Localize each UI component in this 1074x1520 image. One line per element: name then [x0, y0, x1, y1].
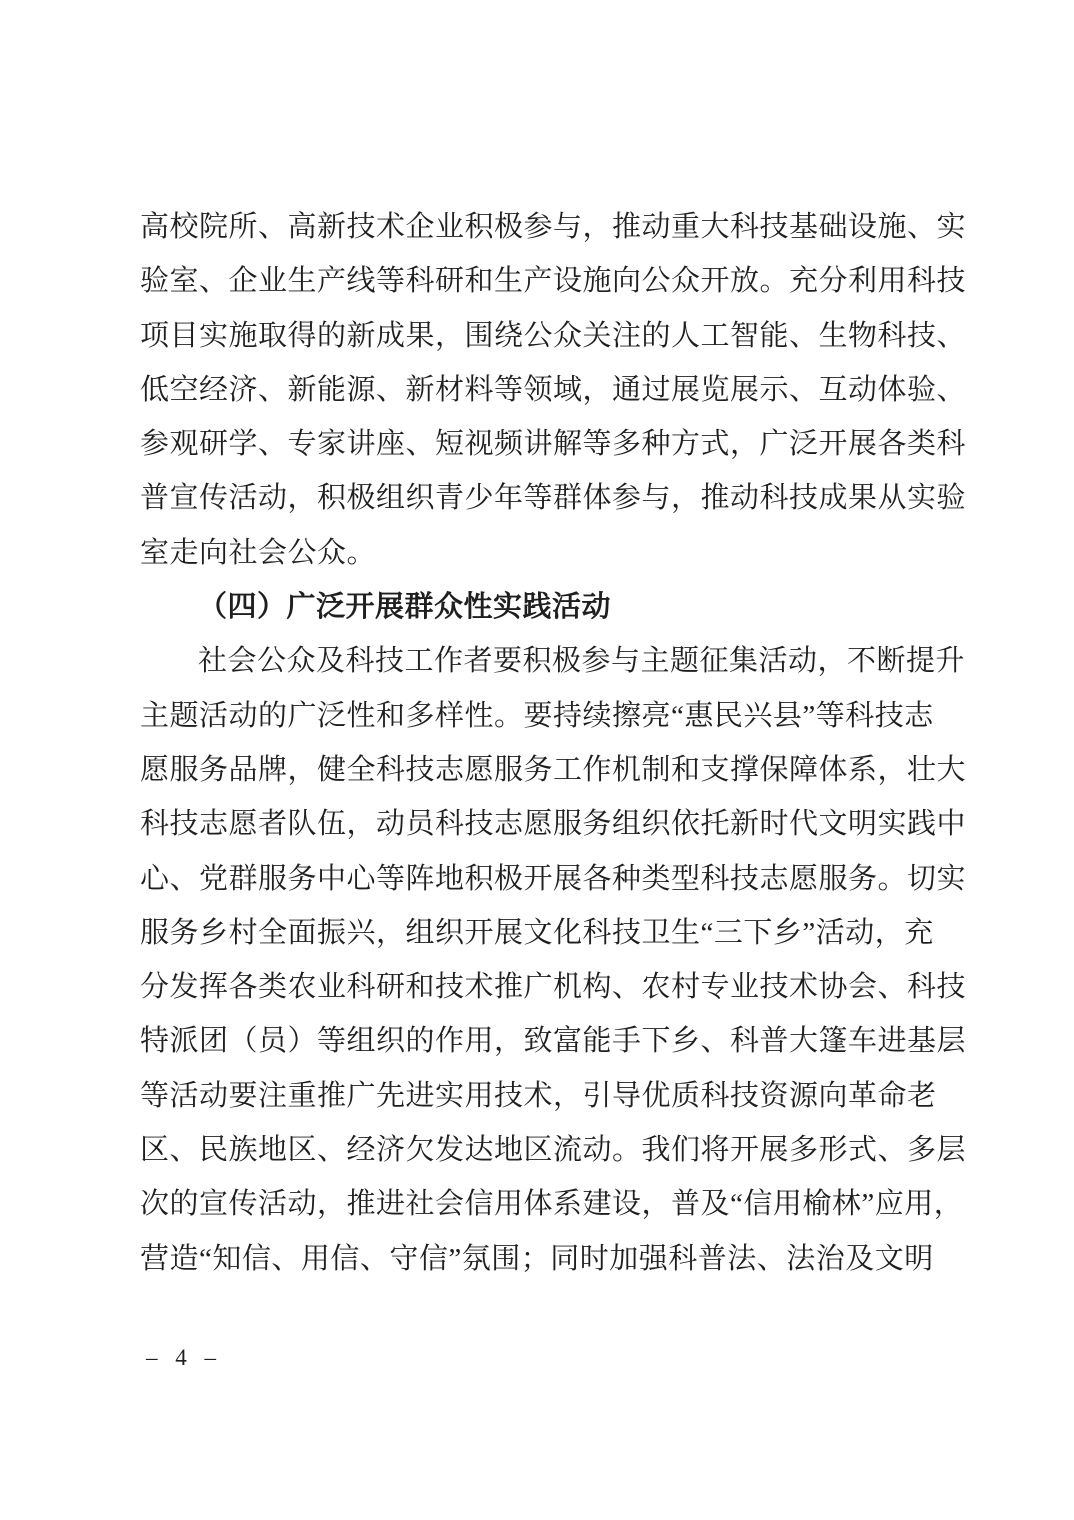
text-line: 特派团（员）等组织的作用，致富能手下乡、科普大篷车进基层 — [140, 1014, 950, 1068]
text-line: 心、党群服务中心等阵地积极开展各种类型科技志愿服务。切实 — [140, 852, 950, 906]
text-line: 低空经济、新能源、新材料等领域，通过展览展示、互动体验、 — [140, 363, 950, 417]
text-line: 参观研学、专家讲座、短视频讲解等多种方式，广泛开展各类科 — [140, 417, 950, 471]
text-line: 高校院所、高新技术企业积极参与，推动重大科技基础设施、实 — [140, 200, 950, 254]
text-line: 服务乡村全面振兴，组织开展文化科技卫生“三下乡”活动，充 — [140, 906, 950, 960]
section-heading: （四）广泛开展群众性实践活动 — [140, 580, 950, 634]
text-line: 项目实施取得的新成果，围绕公众关注的人工智能、生物科技、 — [140, 309, 950, 363]
text-line: 区、民族地区、经济欠发达地区流动。我们将开展多形式、多层 — [140, 1123, 950, 1177]
text-line: 愿服务品牌，健全科技志愿服务工作机制和支撑保障体系，壮大 — [140, 743, 950, 797]
document-body: 高校院所、高新技术企业积极参与，推动重大科技基础设施、实 验室、企业生产线等科研… — [140, 200, 950, 1286]
text-line: 验室、企业生产线等科研和生产设施向公众开放。充分利用科技 — [140, 254, 950, 308]
text-line: 营造“知信、用信、守信”氛围；同时加强科普法、法治及文明 — [140, 1232, 950, 1286]
text-line: 科技志愿者队伍，动员科技志愿服务组织依托新时代文明实践中 — [140, 797, 950, 851]
text-line: 社会公众及科技工作者要积极参与主题征集活动，不断提升 — [140, 634, 950, 688]
text-line: 主题活动的广泛性和多样性。要持续擦亮“惠民兴县”等科技志 — [140, 689, 950, 743]
document-page: 高校院所、高新技术企业积极参与，推动重大科技基础设施、实 验室、企业生产线等科研… — [0, 0, 1074, 1520]
text-line: 等活动要注重推广先进实用技术，引导优质科技资源向革命老 — [140, 1069, 950, 1123]
text-line: 次的宣传活动，推进社会信用体系建设，普及“信用榆林”应用， — [140, 1177, 950, 1231]
text-line: 分发挥各类农业科研和技术推广机构、农村专业技术协会、科技 — [140, 960, 950, 1014]
text-line: 室走向社会公众。 — [140, 526, 950, 580]
page-number: – 4 – — [146, 1345, 222, 1371]
paragraph-continuation: 高校院所、高新技术企业积极参与，推动重大科技基础设施、实 验室、企业生产线等科研… — [140, 200, 950, 580]
text-line: 普宣传活动，积极组织青少年等群体参与，推动科技成果从实验 — [140, 471, 950, 525]
paragraph-main: 社会公众及科技工作者要积极参与主题征集活动，不断提升 主题活动的广泛性和多样性。… — [140, 634, 950, 1286]
